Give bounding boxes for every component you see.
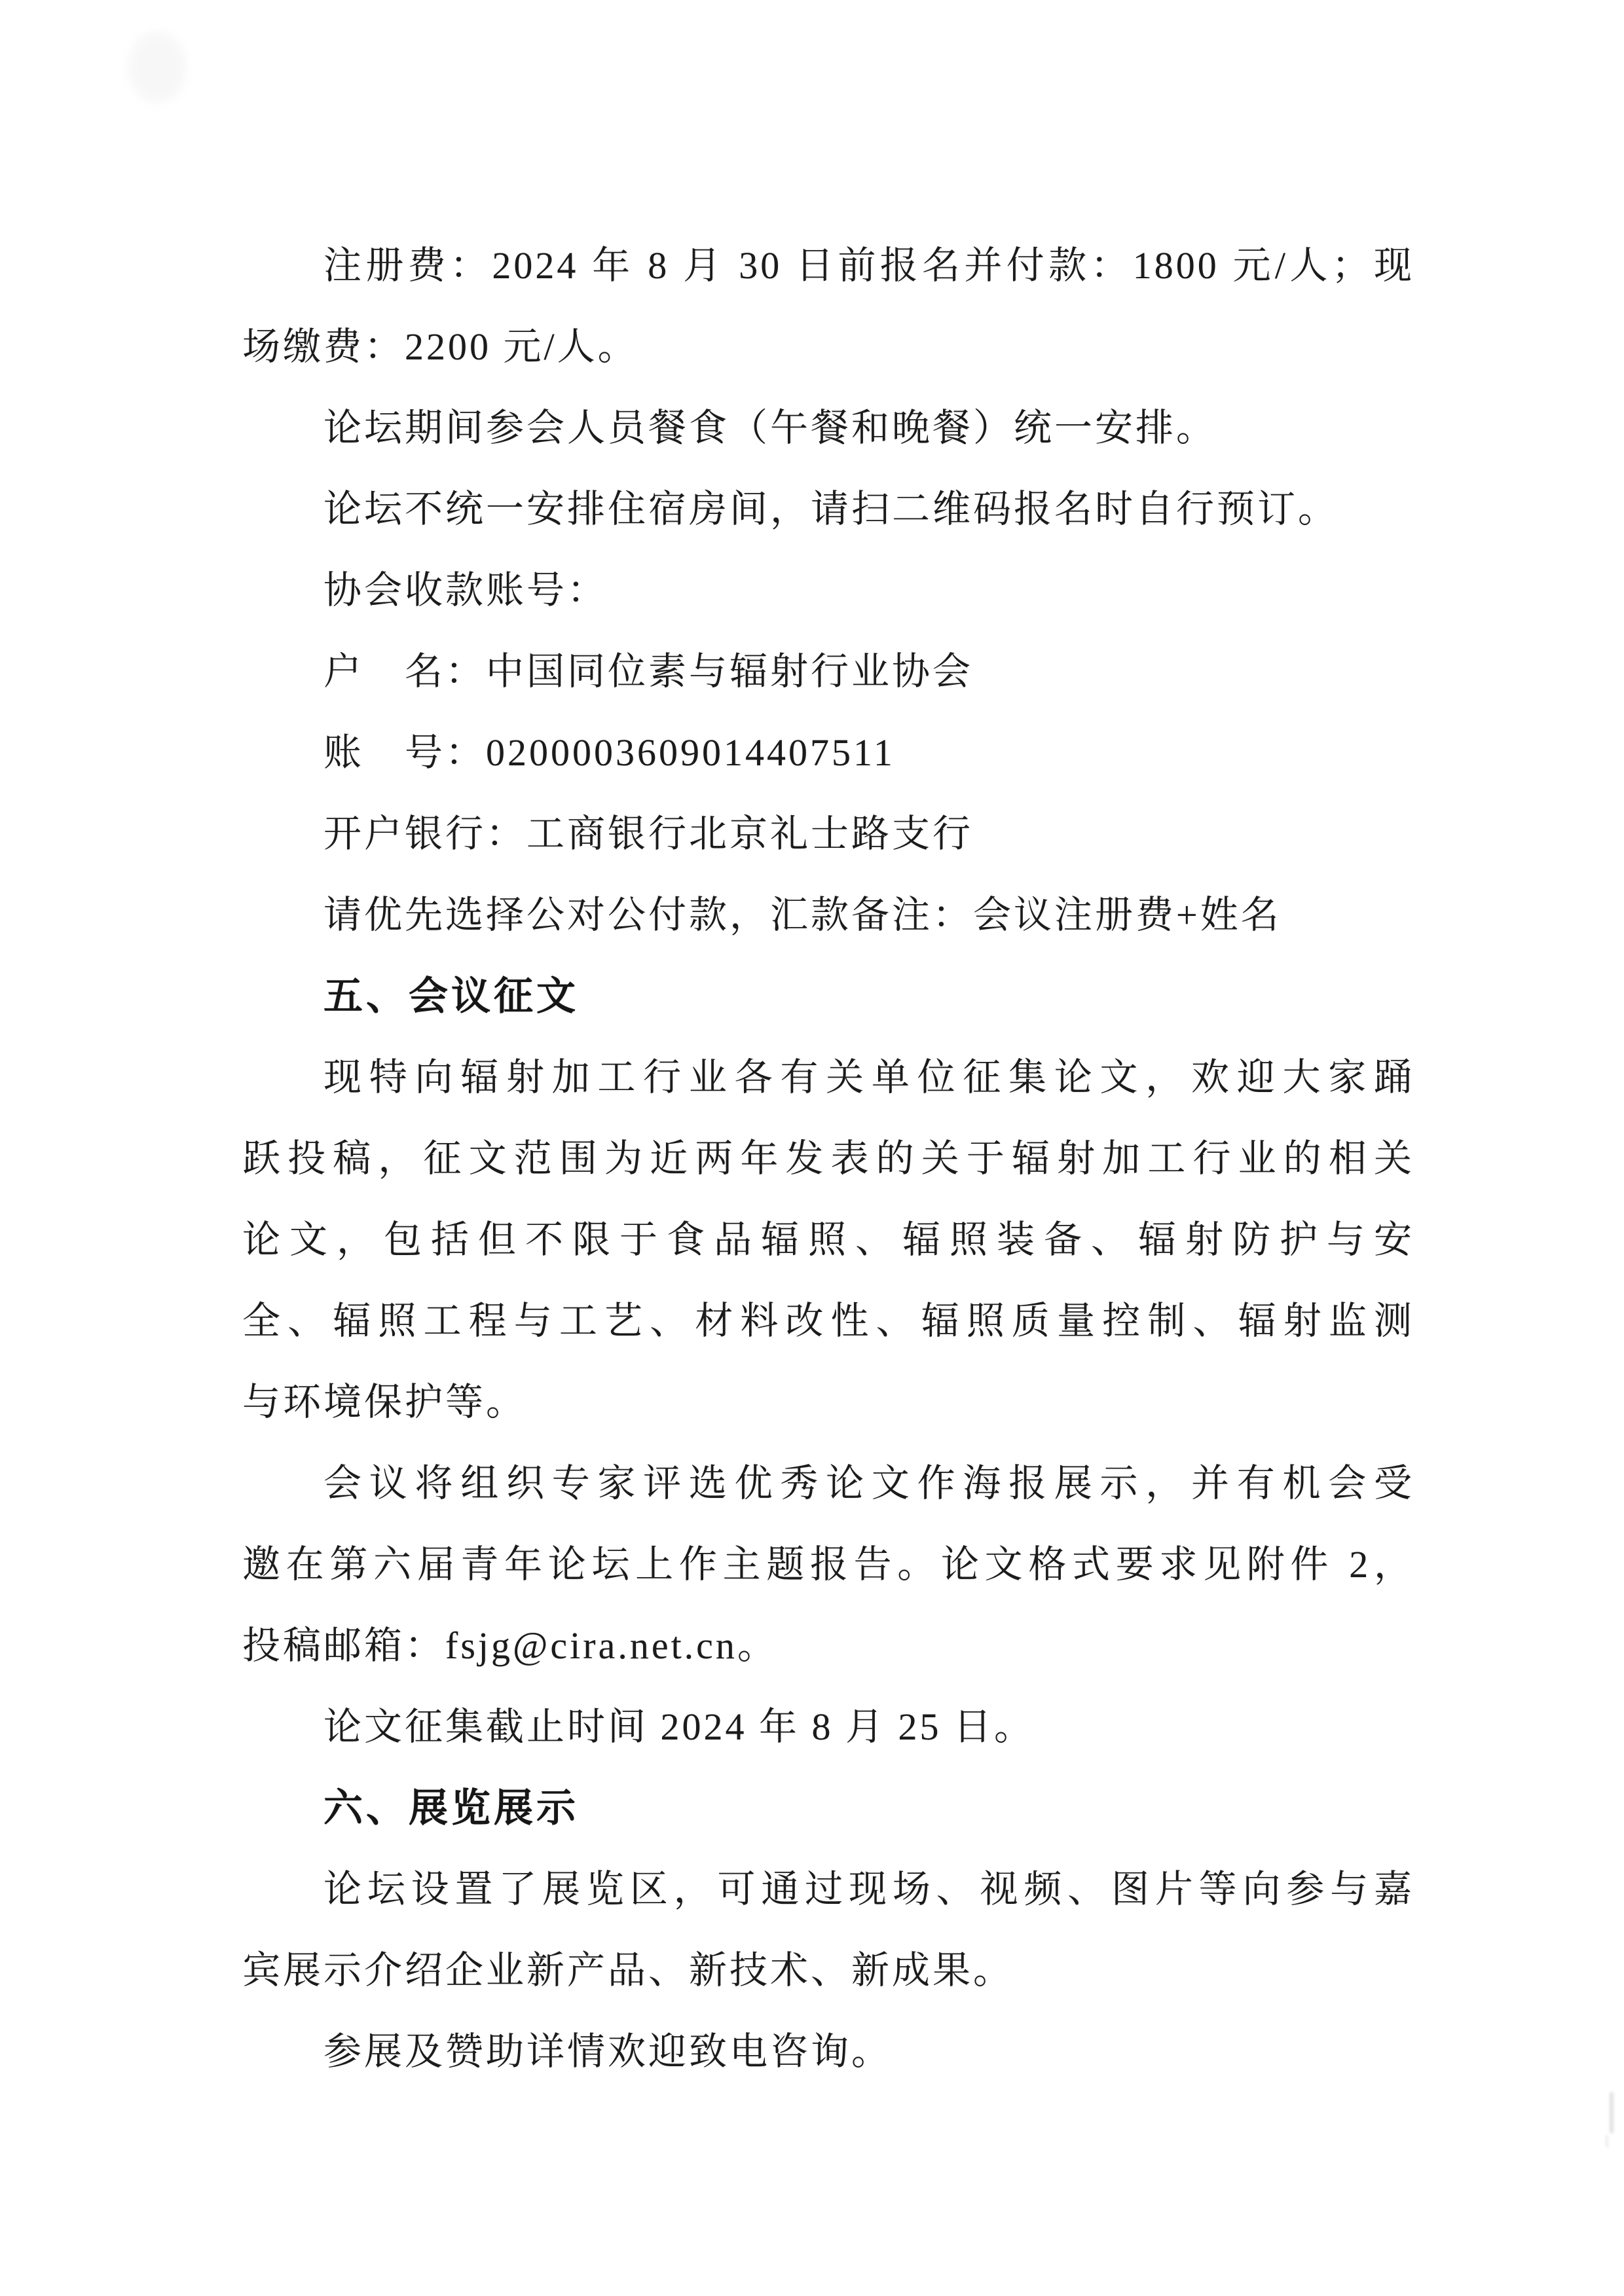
text-line-exhibition-2: 宾展示介绍企业新产品、新技术、新成果。	[242, 1930, 1414, 2011]
text-line-poster-2: 邀在第六届青年论坛上作主题报告。论文格式要求见附件 2，	[242, 1524, 1414, 1605]
text-line-call-for-papers-1: 现特向辐射加工行业各有关单位征集论文，欢迎大家踊	[242, 1037, 1414, 1118]
document-body: 注册费：2024 年 8 月 30 日前报名并付款：1800 元/人；现 场缴费…	[242, 225, 1414, 2092]
text-line-exhibition-1: 论坛设置了展览区，可通过现场、视频、图片等向参与嘉	[242, 1849, 1414, 1930]
scan-artifact	[1610, 2092, 1614, 2133]
text-line-bank-branch: 开户银行：工商银行北京礼士路支行	[242, 793, 1414, 875]
text-line-call-for-papers-3: 论文，包括但不限于食品辐照、辐照装备、辐射防护与安	[242, 1199, 1414, 1281]
text-line-account-name: 户 名：中国同位素与辐射行业协会	[242, 631, 1414, 712]
text-line-registration-fee-1: 注册费：2024 年 8 月 30 日前报名并付款：1800 元/人；现	[242, 225, 1414, 306]
text-line-call-for-papers-2: 跃投稿，征文范围为近两年发表的关于辐射加工行业的相关	[242, 1118, 1414, 1199]
text-line-call-for-papers-4: 全、辐照工程与工艺、材料改性、辐照质量控制、辐射监测	[242, 1281, 1414, 1362]
text-line-registration-fee-2: 场缴费：2200 元/人。	[242, 306, 1414, 388]
text-line-poster-1: 会议将组织专家评选优秀论文作海报展示，并有机会受	[242, 1443, 1414, 1524]
text-line-accommodation: 论坛不统一安排住宿房间，请扫二维码报名时自行预订。	[242, 469, 1414, 550]
scan-smudge	[128, 31, 187, 103]
text-line-meals: 论坛期间参会人员餐食（午餐和晚餐）统一安排。	[242, 388, 1414, 469]
text-line-paper-deadline: 论文征集截止时间 2024 年 8 月 25 日。	[242, 1686, 1414, 1768]
scanned-document-page: 注册费：2024 年 8 月 30 日前报名并付款：1800 元/人；现 场缴费…	[0, 0, 1624, 2296]
text-line-submission-email: 投稿邮箱：fsjg@cira.net.cn。	[242, 1605, 1414, 1686]
section-heading-call-for-papers: 五、会议征文	[242, 956, 1414, 1037]
text-line-account-header: 协会收款账号：	[242, 550, 1414, 631]
text-line-sponsorship: 参展及赞助详情欢迎致电咨询。	[242, 2011, 1414, 2092]
text-line-account-number: 账 号：0200003609014407511	[242, 712, 1414, 793]
scan-artifact	[1606, 2136, 1608, 2147]
section-heading-exhibition: 六、展览展示	[242, 1768, 1414, 1849]
text-line-payment-note: 请优先选择公对公付款，汇款备注：会议注册费+姓名	[242, 875, 1414, 956]
text-line-call-for-papers-5: 与环境保护等。	[242, 1362, 1414, 1443]
